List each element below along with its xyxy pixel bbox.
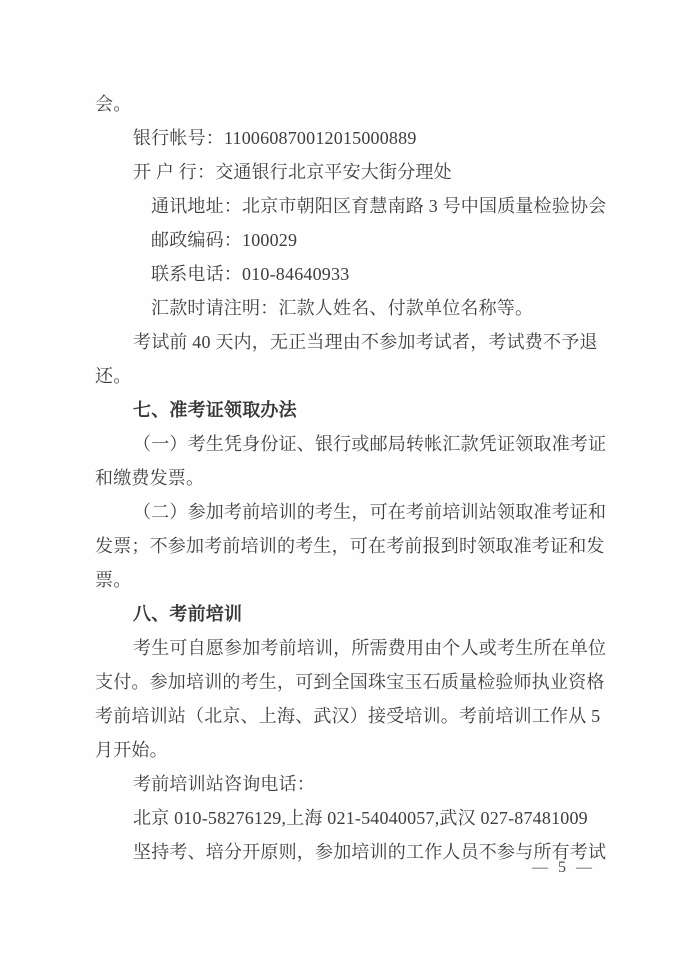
- text-line: 考前培训站（北京、上海、武汉）接受培训。考前培训工作从 5: [95, 699, 607, 733]
- text-line-bank-account: 银行帐号：110060870012015000889: [95, 121, 607, 155]
- text-line: 还。: [95, 359, 607, 393]
- page-number: — 5 —: [532, 856, 595, 880]
- text-line-training-phone-label: 考前培训站咨询电话：: [95, 767, 607, 801]
- text-line: 会。: [95, 87, 607, 121]
- text-line-bank-branch: 开 户 行：交通银行北京平安大街分理处: [95, 155, 607, 189]
- text-line-mailing-address: 通讯地址：北京市朝阳区育慧南路 3 号中国质量检验协会: [95, 189, 607, 223]
- text-line: 和缴费发票。: [95, 461, 607, 495]
- text-line: 发票；不参加考前培训的考生，可在考前报到时领取准考证和发: [95, 529, 607, 563]
- document-page: 会。 银行帐号：110060870012015000889 开 户 行：交通银行…: [0, 0, 700, 964]
- text-line: 支付。参加培训的考生，可到全国珠宝玉石质量检验师执业资格: [95, 665, 607, 699]
- text-line-remittance-note: 汇款时请注明：汇款人姓名、付款单位名称等。: [95, 291, 607, 325]
- text-line: （一）考生凭身份证、银行或邮局转帐汇款凭证领取准考证: [95, 427, 607, 461]
- text-line-contact-phone: 联系电话：010-84640933: [95, 257, 607, 291]
- text-line-postal-code: 邮政编码：100029: [95, 223, 607, 257]
- text-line-training-phones: 北京 010-58276129,上海 021-54040057,武汉 027-8…: [95, 801, 607, 835]
- text-line: （二）参加考前培训的考生，可在考前培训站领取准考证和: [95, 495, 607, 529]
- text-line: 考生可自愿参加考前培训，所需费用由个人或考生所在单位: [95, 631, 607, 665]
- text-line: 坚持考、培分开原则，参加培训的工作人员不参与所有考试: [95, 835, 607, 869]
- text-line: 考试前 40 天内，无正当理由不参加考试者，考试费不予退: [95, 325, 607, 359]
- document-text-block: 会。 银行帐号：110060870012015000889 开 户 行：交通银行…: [95, 87, 607, 869]
- text-line: 月开始。: [95, 733, 607, 767]
- section-heading-7: 七、准考证领取办法: [95, 393, 607, 427]
- text-line: 票。: [95, 563, 607, 597]
- section-heading-8: 八、考前培训: [95, 597, 607, 631]
